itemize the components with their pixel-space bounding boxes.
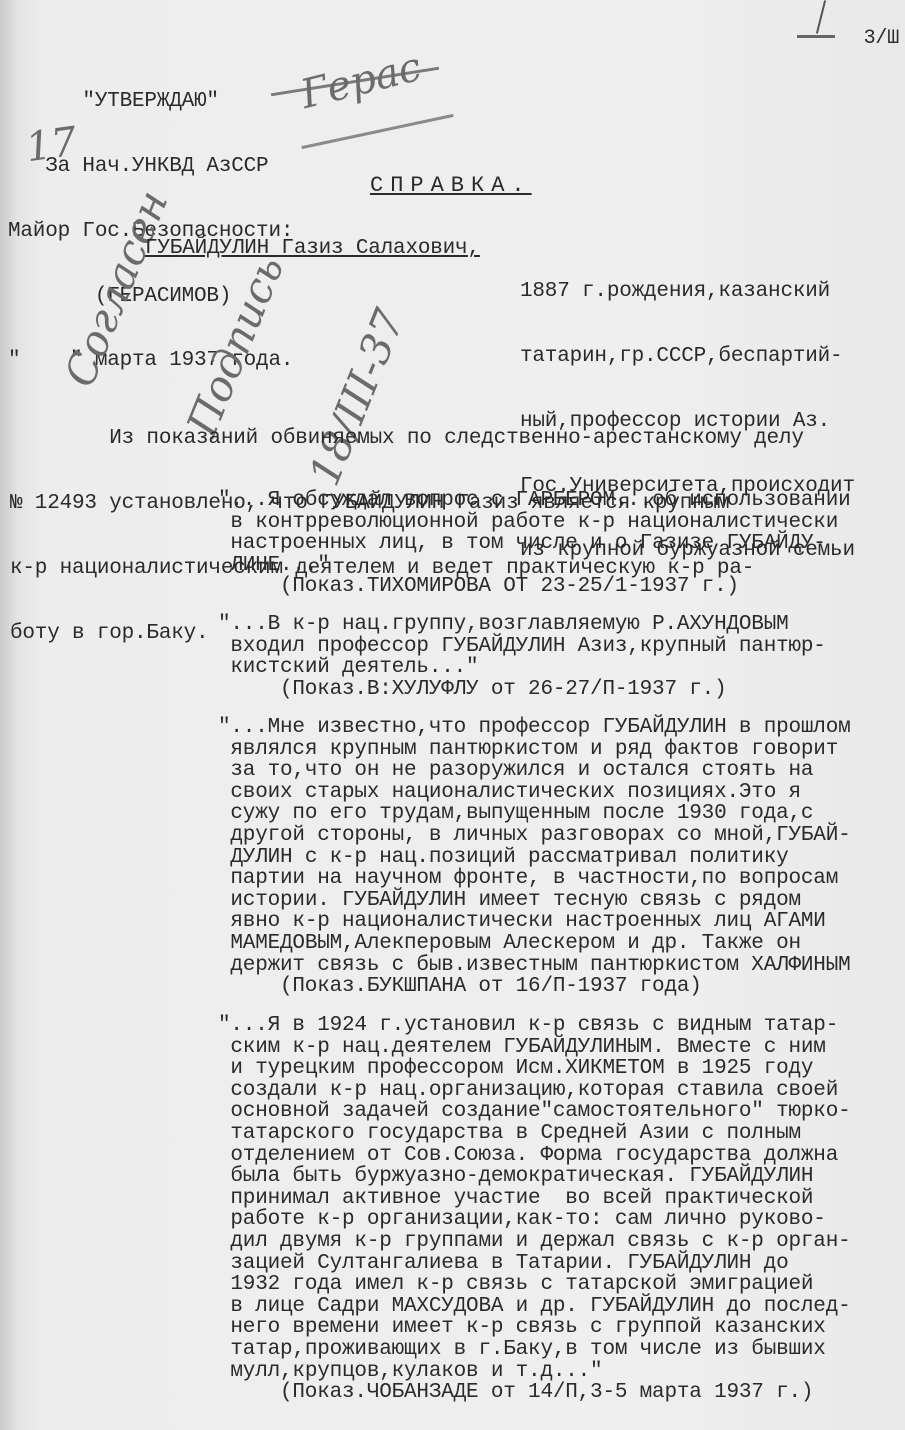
testimony-line: являлся крупным пантюркистом и ряд факто… (218, 739, 851, 761)
document-title: СПРАВКА. (370, 175, 532, 197)
testimony-line: в контрреволюционной работе к-р национал… (218, 512, 851, 534)
approval-line: "УТВЕРЖДАЮ" (8, 91, 293, 113)
testimony-line: держит связь с быв.известным пантюркисто… (218, 955, 851, 977)
testimony-line: татарского государства в Средней Азии с … (218, 1123, 851, 1145)
testimony-line: кистский деятель..." (218, 657, 826, 679)
testimony-line: сужу по его трудам,выпущенным после 1930… (218, 803, 851, 825)
testimony-line: МАМЕДОВЫМ,Алекперовым Алескером и др. Та… (218, 933, 851, 955)
testimony-line: в лице Садри МАХСУДОВА и др. ГУБАЙДУЛИН … (218, 1296, 851, 1318)
testimony-line: за то,что он не разоружился и остался ст… (218, 760, 851, 782)
testimony-source: (Показ.В:ХУЛУФЛУ от 26-27/П-1937 г.) (218, 679, 826, 701)
testimony-line: создали к-р нац.организацию,которая став… (218, 1080, 851, 1102)
testimony-line: и турецким профессором Исм.ХИКМЕТОМ в 19… (218, 1058, 851, 1080)
testimony-line: ским к-р нац.деятелем ГУБАЙДУЛИНЫМ. Вмес… (218, 1037, 851, 1059)
testimony-quote: "...В к-р нац.группу,возглавляемую Р.АХУ… (218, 614, 826, 700)
testimony-line: ЛИНЕ..." (218, 555, 851, 577)
testimony-line: своих старых националистических позициях… (218, 782, 851, 804)
testimony-line: "...Мне известно,что профессор ГУБАЙДУЛИ… (218, 717, 851, 739)
testimony-line: него времени имеет к-р связь с группой к… (218, 1317, 851, 1339)
testimony-line: основной задачей создание"самостоятельно… (218, 1101, 851, 1123)
testimony-line: настроенных лиц, в том числе и о Газизе … (218, 533, 851, 555)
handwritten-signature: Герас (296, 44, 426, 118)
page-number-underline (797, 35, 835, 38)
testimony-source: (Показ.ТИХОМИРОВА ОТ 23-25/1-1937 г.) (218, 576, 851, 598)
testimony-source: (Показ.ЧОБАНЗАДЕ от 14/П,3-5 марта 1937 … (218, 1382, 851, 1404)
subject-line: 1887 г.рождения,казанский (520, 281, 855, 303)
testimony-line: принимал активное участие во всей практи… (218, 1188, 851, 1210)
testimony-line: "...В к-р нац.группу,возглавляемую Р.АХУ… (218, 614, 826, 636)
document-page: 3/Ш "УТВЕРЖДАЮ" За Нач.УНКВД АзССР Майор… (0, 0, 905, 1430)
testimony-line: отделением от Сов.Союза. Форма государст… (218, 1145, 851, 1167)
testimony-line: ДУЛИН с к-р нац.позиций рассматривал пол… (218, 847, 851, 869)
page-number: 3/Ш (864, 28, 899, 50)
testimony-line: истории. ГУБАЙДУЛИН имеет тесную связь с… (218, 890, 851, 912)
testimony-line: зацией Султангалиева в Татарии. ГУБАЙДУЛ… (218, 1253, 851, 1275)
signature-stroke (301, 114, 453, 149)
paragraph-line: Из показаний обвиняемых по следственно-а… (10, 428, 804, 450)
testimony-quote: "...Мне известно,что профессор ГУБАЙДУЛИ… (218, 717, 851, 998)
testimony-line: татар,проживающих в г.Баку,в том числе и… (218, 1339, 851, 1361)
testimony-quote: "...Я обсуждал вопрос с ГАРБЕРОМ...об ис… (218, 490, 851, 598)
testimony-line: была быть буржуазно-демократическая. ГУБ… (218, 1166, 851, 1188)
testimony-line: "...Я обсуждал вопрос с ГАРБЕРОМ...об ис… (218, 490, 851, 512)
subject-name: ГУБАЙДУЛИН Газиз Салахович, (145, 238, 480, 260)
testimony-line: партии на научном фронте, в частности,по… (218, 868, 851, 890)
testimony-line: входил профессор ГУБАЙДУЛИН Азиз,крупный… (218, 636, 826, 658)
page-number-mark (816, 0, 826, 33)
testimony-line: мулл,крупцов,кулаков и т.д..." (218, 1361, 851, 1383)
testimony-line: другой стороны, в личных разговорах со м… (218, 825, 851, 847)
margin-note-line: Согласен (57, 185, 175, 393)
testimony-line: работе к-р организации,как-то: сам лично… (218, 1209, 851, 1231)
testimony-line: дил двумя к-р группами и держал связь с … (218, 1231, 851, 1253)
testimony-line: "...Я в 1924 г.установил к-р связь с вид… (218, 1015, 851, 1037)
subject-line: татарин,гр.СССР,беспартий- (520, 346, 855, 368)
testimony-source: (Показ.БУКШПАНА от 16/П-1937 года) (218, 976, 851, 998)
testimony-line: 1932 года имел к-р связь с татарской эми… (218, 1274, 851, 1296)
testimony-quote: "...Я в 1924 г.установил к-р связь с вид… (218, 1015, 851, 1404)
testimony-line: явно к-р националистически настроенных л… (218, 911, 851, 933)
